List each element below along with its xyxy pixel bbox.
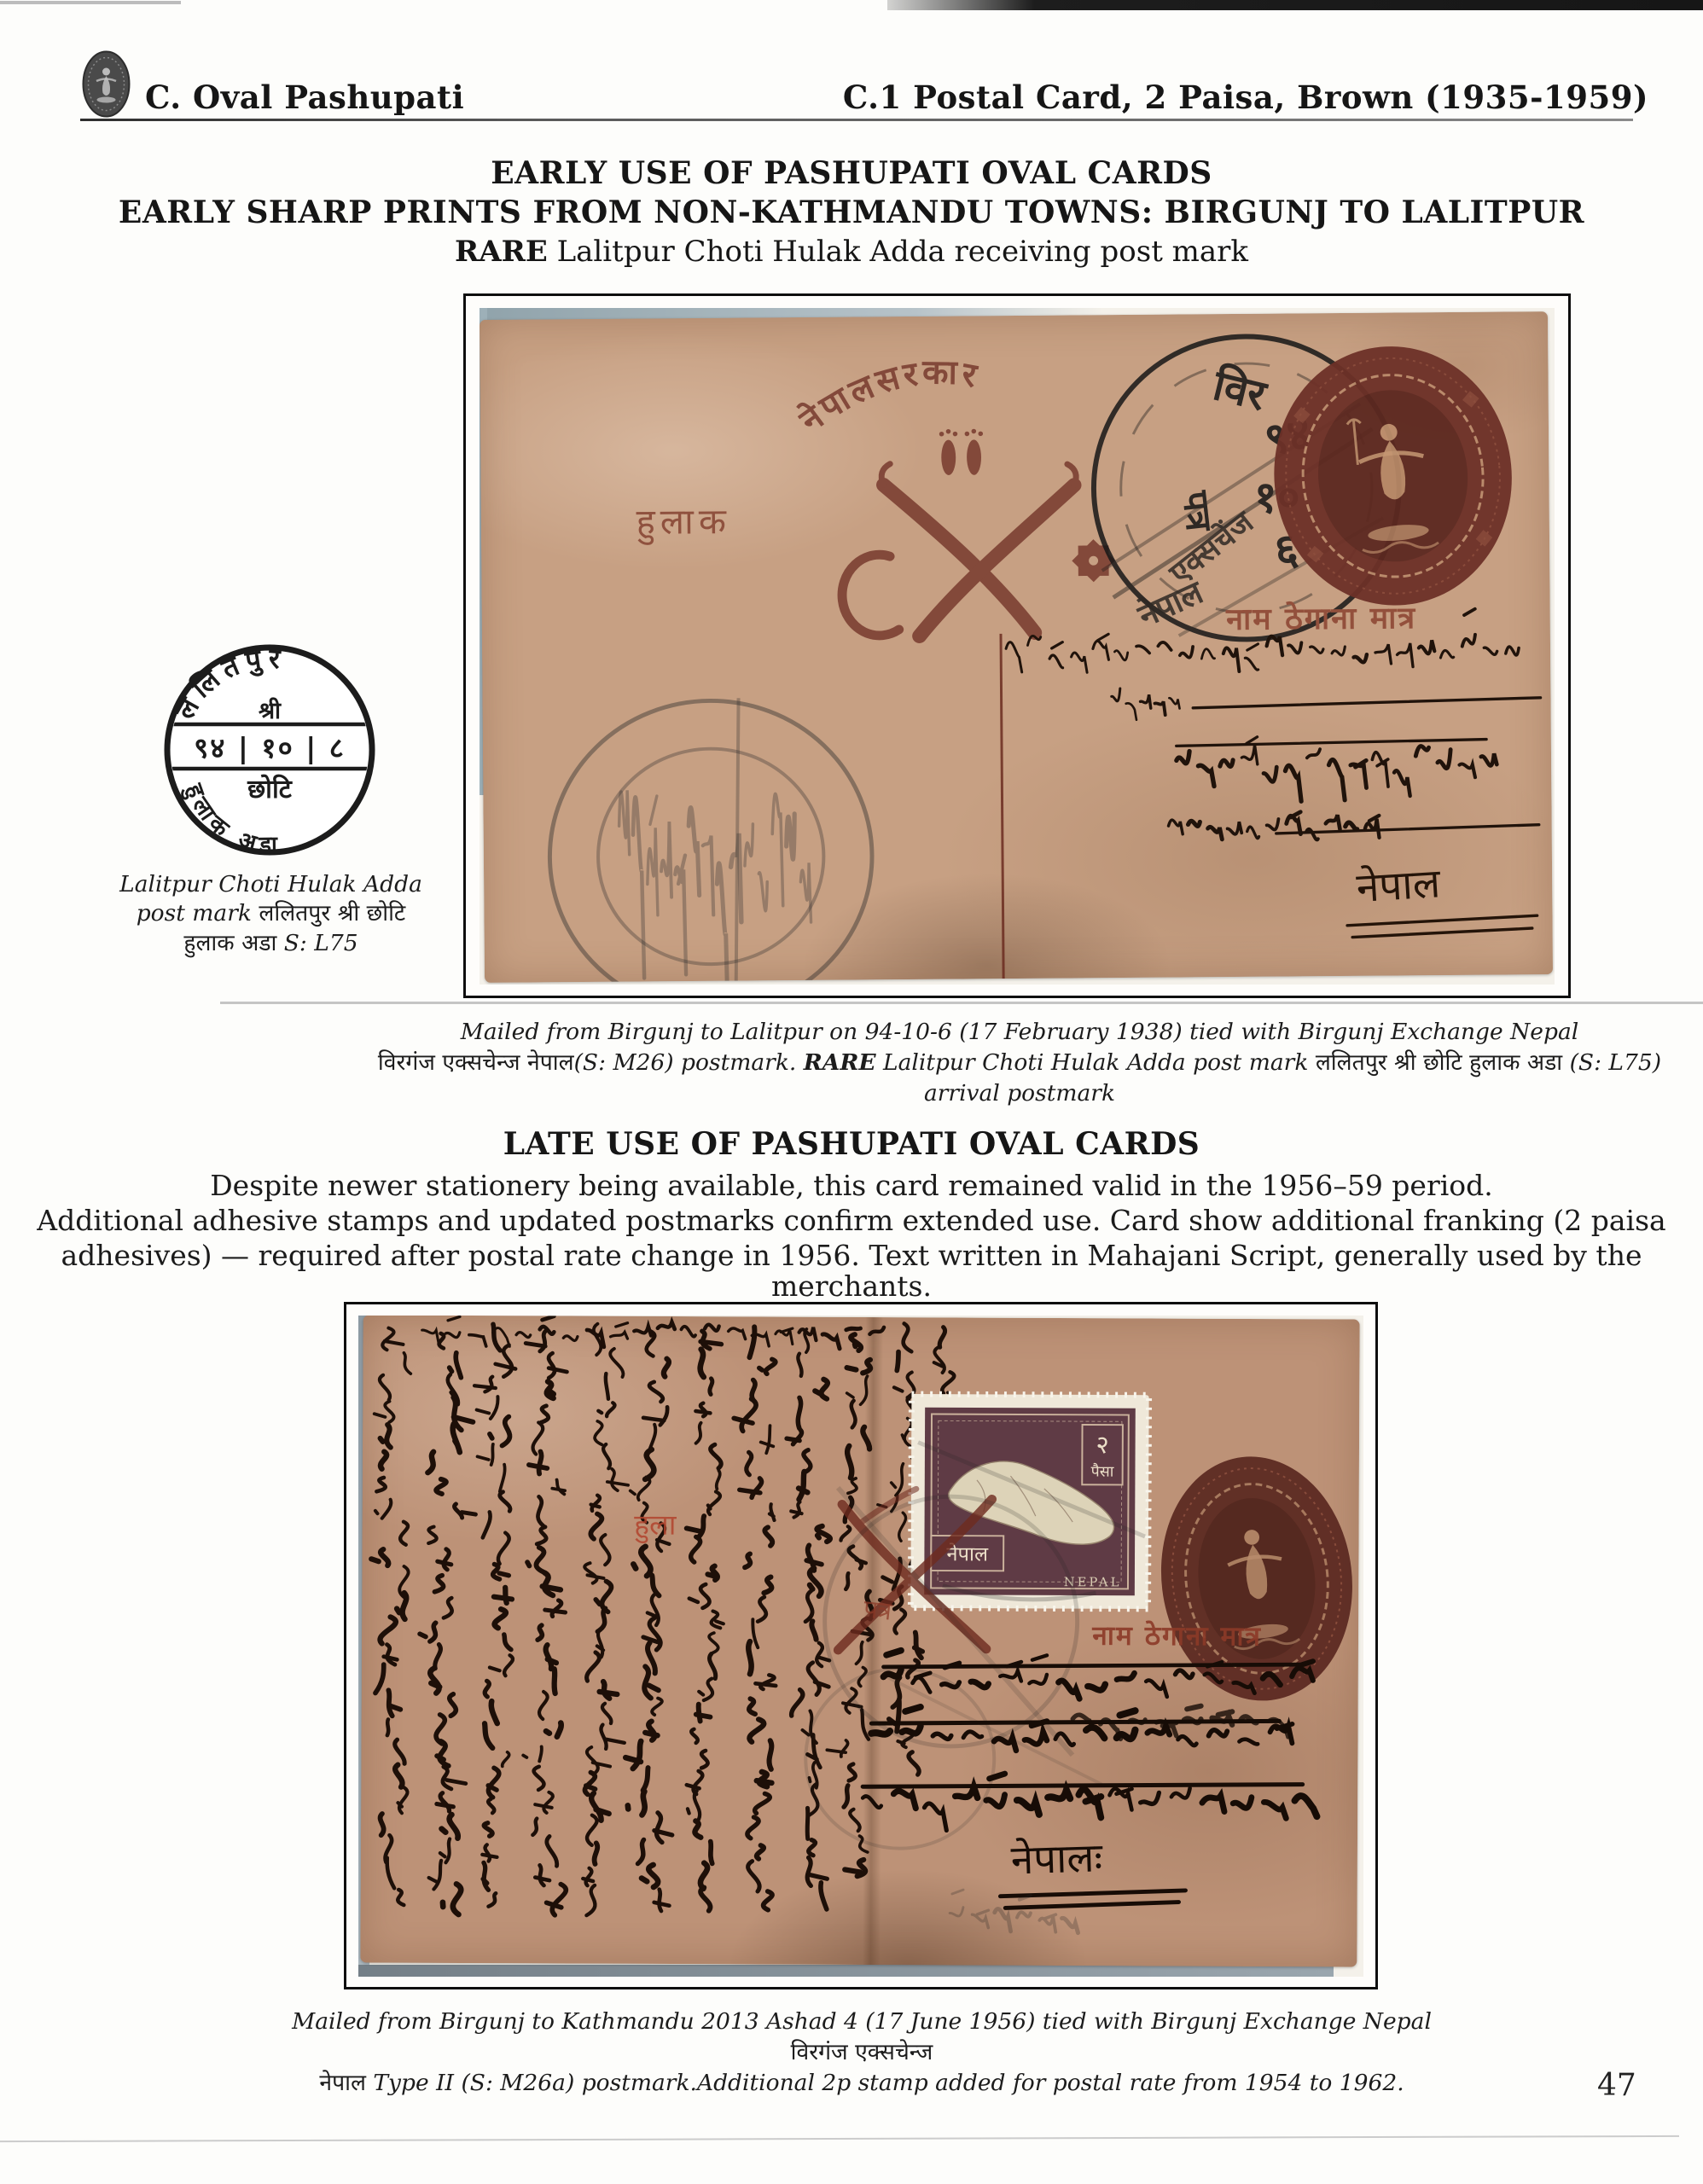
- figure-shree: श्री: [259, 697, 282, 724]
- caption2-dev2: नेपाल: [319, 2070, 366, 2096]
- card2-artwork: २ पैसा नेपाल NEPAL हुला: [360, 1316, 1359, 1967]
- figure-caption-l1: Lalitpur Choti Hulak Adda: [119, 871, 422, 897]
- card2-caption: Mailed from Birgunj to Kathmandu 2013 As…: [282, 2007, 1442, 2098]
- top-left-scan-line: [0, 1, 181, 4]
- stamp-value-word: पैसा: [1091, 1463, 1114, 1481]
- card2-caption-line1: Mailed from Birgunj to Kathmandu 2013 As…: [282, 2007, 1442, 2068]
- handwritten-nepal: नेपाल: [1355, 860, 1442, 912]
- gov-arc-text: नेपालसरकार: [791, 352, 984, 441]
- stamp-value-digit: २: [1096, 1430, 1109, 1459]
- handwriting-strokes: [619, 789, 811, 983]
- figure-caption-l3-dev: हुलाक अडा: [183, 930, 276, 956]
- scan-background-sliver: [358, 1965, 1334, 1977]
- card1-caption: Mailed from Birgunj to Lalitpur on 94-10…: [358, 1017, 1681, 1108]
- collection-title: C. Oval Pashupati: [145, 78, 464, 116]
- hulak-imprint: हुलाक: [636, 500, 731, 546]
- card1-caption-line1: Mailed from Birgunj to Lalitpur on 94-10…: [358, 1017, 1681, 1048]
- caption2-dev1: विरगंज एक्सचेन्ज: [791, 2039, 933, 2065]
- rare-text: Lalitpur Choti Hulak Adda receiving post…: [548, 235, 1248, 269]
- section-title-early-1: EARLY USE OF PASHUPATI OVAL CARDS: [0, 157, 1703, 191]
- caption2-latin1: Mailed from Birgunj to Kathmandu 2013 As…: [292, 2008, 1432, 2035]
- section-title-early-2: EARLY SHARP PRINTS FROM NON-KATHMANDU TO…: [0, 196, 1703, 230]
- star-icon: [1072, 539, 1115, 583]
- figure-choti: छोटि: [247, 774, 294, 804]
- patra-imprint: पत्र: [862, 1594, 893, 1626]
- lalitpur-postmark-figure: ललितपुर श्री ९४ | १० | ८ छोटि हुलाक अडा: [159, 639, 381, 861]
- card1-handwriting: नेपाल: [1006, 608, 1543, 940]
- figure-caption-l3: S: L75: [276, 930, 357, 956]
- exhibit-page: C. Oval Pashupati C.1 Postal Card, 2 Pai…: [0, 0, 1703, 2184]
- top-scan-bar: [887, 0, 1703, 10]
- figure-caption-l2: post mark: [137, 900, 259, 926]
- card2-paper: २ पैसा नेपाल NEPAL हुला: [360, 1316, 1359, 1967]
- card2-frame: २ पैसा नेपाल NEPAL हुला: [344, 1302, 1378, 1989]
- caption1-mid: (S: M26) postmark.: [574, 1049, 804, 1076]
- crescent-icon: [842, 555, 899, 636]
- postmark-text: विर: [1207, 360, 1271, 421]
- caption2-latin2: Type II (S: M26a) postmark.Additional 2p…: [366, 2070, 1404, 2096]
- caption1-dev1: विरगंज एक्सचेन्ज नेपाल: [378, 1049, 574, 1076]
- card1-artwork: नेपालसरकार: [480, 311, 1553, 983]
- figure-date-band: ९४ | १० | ८: [194, 731, 346, 764]
- handwritten-nepal: नेपालः: [1010, 1834, 1104, 1884]
- scan-line-artifact: [0, 2135, 1679, 2142]
- late-para-l2: Additional adhesive stamps and updated p…: [0, 1205, 1703, 1236]
- card2-caption-line2: नेपाल Type II (S: M26a) postmark.Additio…: [282, 2068, 1442, 2099]
- catalog-title: C.1 Postal Card, 2 Paisa, Brown (1935-19…: [843, 78, 1648, 116]
- page-number: 47: [1597, 2068, 1636, 2103]
- header-rule: [80, 119, 1633, 121]
- address-only-imprint: नाम ठेगाना मात्र: [1225, 600, 1416, 637]
- caption1-dev2: ललितपुर श्री छोटि हुलाक अडा: [1316, 1049, 1562, 1076]
- pashupati-oval-seal: [1263, 336, 1524, 617]
- card1-paper: नेपालसरकार: [480, 311, 1553, 983]
- scan-line-artifact: [220, 1002, 1703, 1004]
- card1-caption-line2: विरगंज एक्सचेन्ज नेपाल(S: M26) postmark.…: [358, 1048, 1681, 1109]
- rare-subtitle: RARE Lalitpur Choti Hulak Adda receiving…: [0, 236, 1703, 268]
- card1-frame: नेपालसरकार: [463, 293, 1571, 998]
- late-para-l3: adhesives) — required after postal rate …: [0, 1240, 1703, 1303]
- pashupati-oval-logo: [82, 50, 131, 118]
- card-divider-line: [1001, 634, 1003, 979]
- card1-photo: नेपालसरकार: [480, 308, 1555, 985]
- hulak-imprint-partial: हुला: [634, 1508, 677, 1544]
- address-only-imprint: नाम ठेगाना मात्र: [1091, 1620, 1262, 1653]
- figure-caption-l2-dev: ललितपुर श्री छोटि: [259, 900, 405, 926]
- figure-caption: Lalitpur Choti Hulak Adda post mark ललित…: [111, 870, 431, 958]
- caption1-mid2: Lalitpur Choti Hulak Adda post mark: [876, 1049, 1316, 1076]
- rare-label: RARE: [455, 235, 548, 269]
- late-para-l1: Despite newer stationery being available…: [0, 1170, 1703, 1201]
- card2-photo: २ पैसा नेपाल NEPAL हुला: [358, 1316, 1363, 1977]
- two-paisa-map-stamp: २ पैसा नेपाल NEPAL: [910, 1394, 1148, 1609]
- caption1-rare: RARE: [804, 1049, 876, 1076]
- section-title-late: LATE USE OF PASHUPATI OVAL CARDS: [0, 1128, 1703, 1162]
- faded-arrival-postmark: [549, 697, 874, 983]
- crossed-khukuri-crest-icon: [841, 427, 1116, 636]
